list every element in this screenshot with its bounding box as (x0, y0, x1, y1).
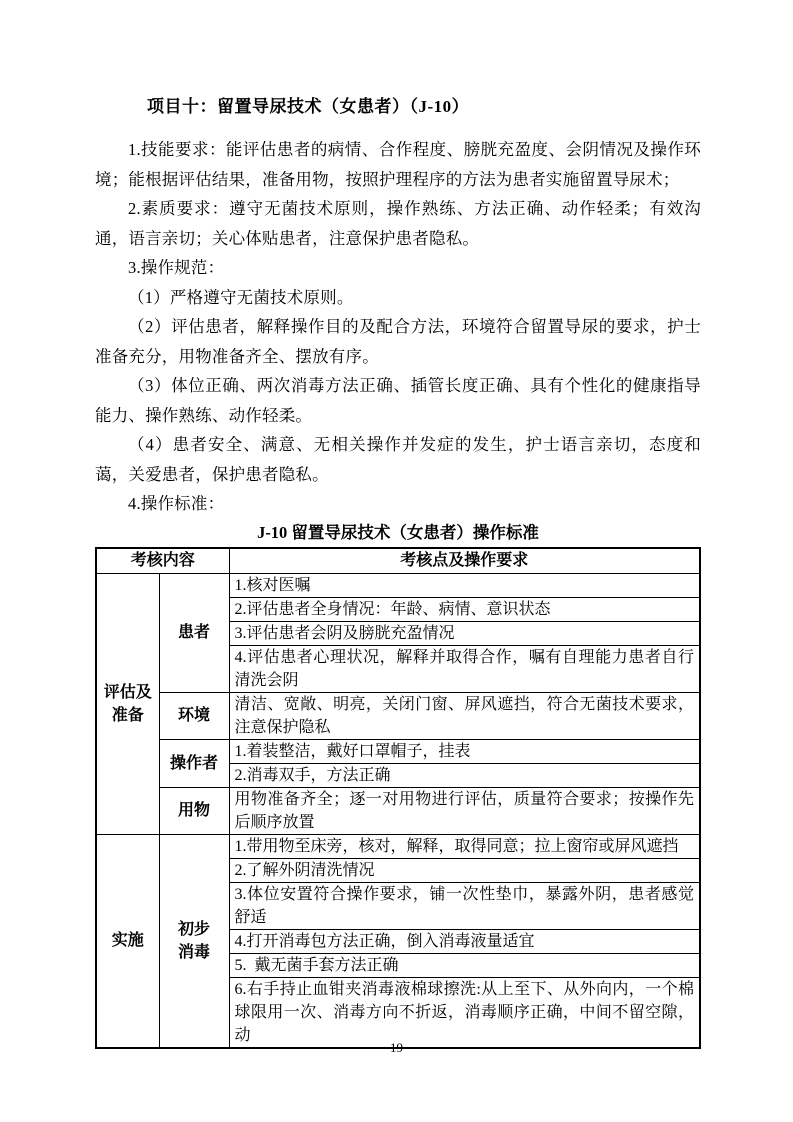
table-row: 用物 用物准备齐全；逐一对用物进行评估，质量符合要求；按操作先后顺序放置 (96, 787, 700, 834)
table-row: 操作者 1.着装整洁，戴好口罩帽子，挂表 (96, 739, 700, 763)
paragraph-spec-item-3: （3）体位正确、两次消毒方法正确、插管长度正确、具有个性化的健康指导能力、操作熟… (95, 371, 701, 430)
sub-label-preliminary-disinfection: 初步 消毒 (159, 834, 229, 1048)
cell-preliminary-4: 4.打开消毒包方法正确，倒入消毒液量适宜 (229, 929, 700, 953)
header-assessment-points: 考核点及操作要求 (229, 548, 700, 574)
paragraph-operation-spec-heading: 3.操作规范： (95, 253, 701, 283)
section-title: 项目十：留置导尿技术（女患者）（J-10） (95, 95, 701, 119)
table-header-row: 考核内容 考核点及操作要求 (96, 548, 700, 574)
cell-preliminary-6: 6.右手持止血钳夹消毒液棉球擦洗:从上至下、从外向内，一个棉球限用一次、消毒方向… (229, 977, 700, 1048)
paragraph-quality-requirements: 2.素质要求：遵守无菌技术原则，操作熟练、方法正确、动作轻柔；有效沟通，语言亲切… (95, 194, 701, 253)
cell-patient-3: 3.评估患者会阴及膀胱充盈情况 (229, 621, 700, 645)
group-label-implementation: 实施 (96, 834, 159, 1048)
paragraph-spec-item-1: （1）严格遵守无菌技术原则。 (95, 283, 701, 313)
sub-label-patient: 患者 (159, 573, 229, 692)
table-row: 环境 清洁、宽敞、明亮，关闭门窗、屏风遮挡，符合无菌技术要求，注意保护隐私 (96, 692, 700, 739)
page-number: 19 (0, 1040, 793, 1055)
table-caption: J-10 留置导尿技术（女患者）操作标准 (95, 519, 701, 547)
cell-operator-1: 1.着装整洁，戴好口罩帽子，挂表 (229, 739, 700, 763)
cell-patient-4: 4.评估患者心理状况，解释并取得合作，嘱有自理能力患者自行清洗会阴 (229, 645, 700, 692)
cell-preliminary-5: 5. 戴无菌手套方法正确 (229, 953, 700, 977)
table-row: 评估及 准备 患者 1.核对医嘱 (96, 573, 700, 597)
document-page: 项目十：留置导尿技术（女患者）（J-10） 1.技能要求：能评估患者的病情、合作… (0, 0, 793, 1122)
cell-operator-2: 2.消毒双手，方法正确 (229, 763, 700, 787)
cell-preliminary-2: 2.了解外阴清洗情况 (229, 858, 700, 882)
sub-label-supplies: 用物 (159, 787, 229, 834)
paragraph-operation-standard-heading: 4.操作标准： (95, 489, 701, 519)
sub-label-environment: 环境 (159, 692, 229, 739)
cell-supplies: 用物准备齐全；逐一对用物进行评估，质量符合要求；按操作先后顺序放置 (229, 787, 700, 834)
document-content: 项目十：留置导尿技术（女患者）（J-10） 1.技能要求：能评估患者的病情、合作… (95, 95, 701, 1049)
header-assessment-content: 考核内容 (96, 548, 229, 574)
cell-preliminary-1: 1.带用物至床旁，核对，解释，取得同意；拉上窗帘或屏风遮挡 (229, 834, 700, 858)
group-label-assessment-preparation: 评估及 准备 (96, 573, 159, 834)
paragraph-spec-item-4: （4）患者安全、满意、无相关操作并发症的发生，护士语言亲切，态度和蔼，关爱患者，… (95, 430, 701, 489)
paragraph-spec-item-2: （2）评估患者，解释操作目的及配合方法，环境符合留置导尿的要求，护士准备充分，用… (95, 312, 701, 371)
operation-standard-table: 考核内容 考核点及操作要求 评估及 准备 患者 1.核对医嘱 2.评估患者全身情… (95, 547, 701, 1049)
cell-patient-2: 2.评估患者全身情况：年龄、病情、意识状态 (229, 597, 700, 621)
cell-preliminary-3: 3.体位安置符合操作要求，铺一次性垫巾，暴露外阴，患者感觉舒适 (229, 882, 700, 929)
table-row: 实施 初步 消毒 1.带用物至床旁，核对，解释，取得同意；拉上窗帘或屏风遮挡 (96, 834, 700, 858)
cell-environment: 清洁、宽敞、明亮，关闭门窗、屏风遮挡，符合无菌技术要求，注意保护隐私 (229, 692, 700, 739)
paragraph-skill-requirements: 1.技能要求：能评估患者的病情、合作程度、膀胱充盈度、会阴情况及操作环境；能根据… (95, 135, 701, 194)
sub-label-operator: 操作者 (159, 739, 229, 787)
cell-patient-1: 1.核对医嘱 (229, 573, 700, 597)
